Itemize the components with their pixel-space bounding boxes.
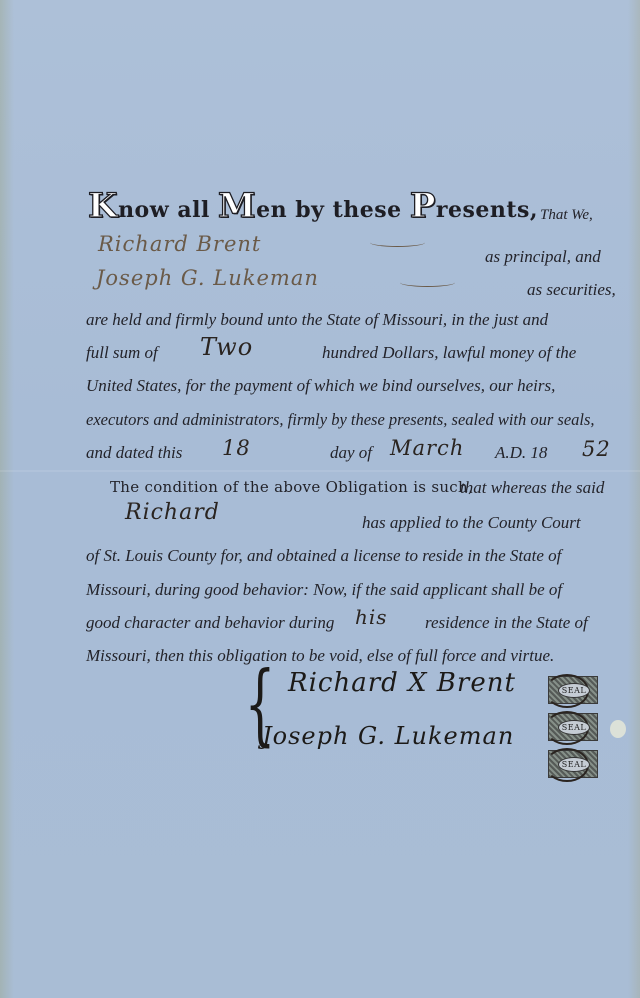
paper-stain <box>610 720 626 738</box>
flourish-mark <box>400 278 455 287</box>
body-line-united-states: United States, for the payment of which … <box>86 376 555 396</box>
flourish-mark <box>370 238 425 247</box>
condition-line-good-behavior: Missouri, during good behavior: Now, if … <box>86 580 562 600</box>
body-line-sum-prefix: full sum of <box>86 343 158 363</box>
heading-men-by-these: en by these <box>256 197 402 223</box>
seal-stamp-2: SEAL <box>548 713 598 741</box>
seal-label: SEAL <box>558 720 590 735</box>
condition-line-void: Missouri, then this obligation to be voi… <box>86 646 554 666</box>
fold-line <box>0 470 640 472</box>
that-we-text: That We, <box>540 207 593 224</box>
ornate-capital-p: P <box>410 186 436 226</box>
body-line-dated-prefix: and dated this <box>86 443 182 463</box>
as-principal-text: as principal, and <box>485 247 601 267</box>
sum-amount-field: Two <box>200 333 253 361</box>
condition-line-applied: has applied to the County Court <box>362 513 581 533</box>
seal-label: SEAL <box>558 683 590 698</box>
seal-stamp-1: SEAL <box>548 676 598 704</box>
as-securities-text: as securities, <box>527 280 616 300</box>
applicant-name-field: Richard <box>125 500 220 525</box>
pronoun-field: his <box>355 605 388 629</box>
heading-presents: resents, <box>436 197 538 223</box>
condition-heading: The condition of the above Obligation is… <box>110 478 473 496</box>
condition-line-character-prefix: good character and behavior during <box>86 613 334 633</box>
ornate-capital-k: K <box>88 186 118 226</box>
security-name-field: Joseph G. Lukeman <box>96 266 319 290</box>
condition-line-st-louis: of St. Louis County for, and obtained a … <box>86 546 561 566</box>
signature-principal: Richard X Brent <box>288 668 516 698</box>
body-line-executors: executors and administrators, firmly by … <box>86 410 595 430</box>
ornate-capital-m: M <box>218 186 256 226</box>
body-line-bound: are held and firmly bound unto the State… <box>86 310 548 330</box>
seal-label: SEAL <box>558 757 590 772</box>
seal-stamp-3: SEAL <box>548 750 598 778</box>
day-field: 18 <box>222 436 251 460</box>
heading-know-all: now all <box>118 197 210 223</box>
document-page: Know all Men by these Presents, That We,… <box>0 0 640 998</box>
body-line-sum-suffix: hundred Dollars, lawful money of the <box>322 343 576 363</box>
body-line-day-of: day of <box>330 443 372 463</box>
year-field: 52 <box>582 437 611 461</box>
principal-name-field: Richard Brent <box>98 232 261 256</box>
document-heading: Know all Men by these Presents, <box>88 186 538 226</box>
body-line-ad: A.D. 18 <box>495 443 547 463</box>
condition-line-character-suffix: residence in the State of <box>425 613 588 633</box>
condition-heading-tail: that whereas the said <box>460 478 604 498</box>
month-field: March <box>390 436 464 460</box>
signature-security: Joseph G. Lukeman <box>262 722 514 750</box>
